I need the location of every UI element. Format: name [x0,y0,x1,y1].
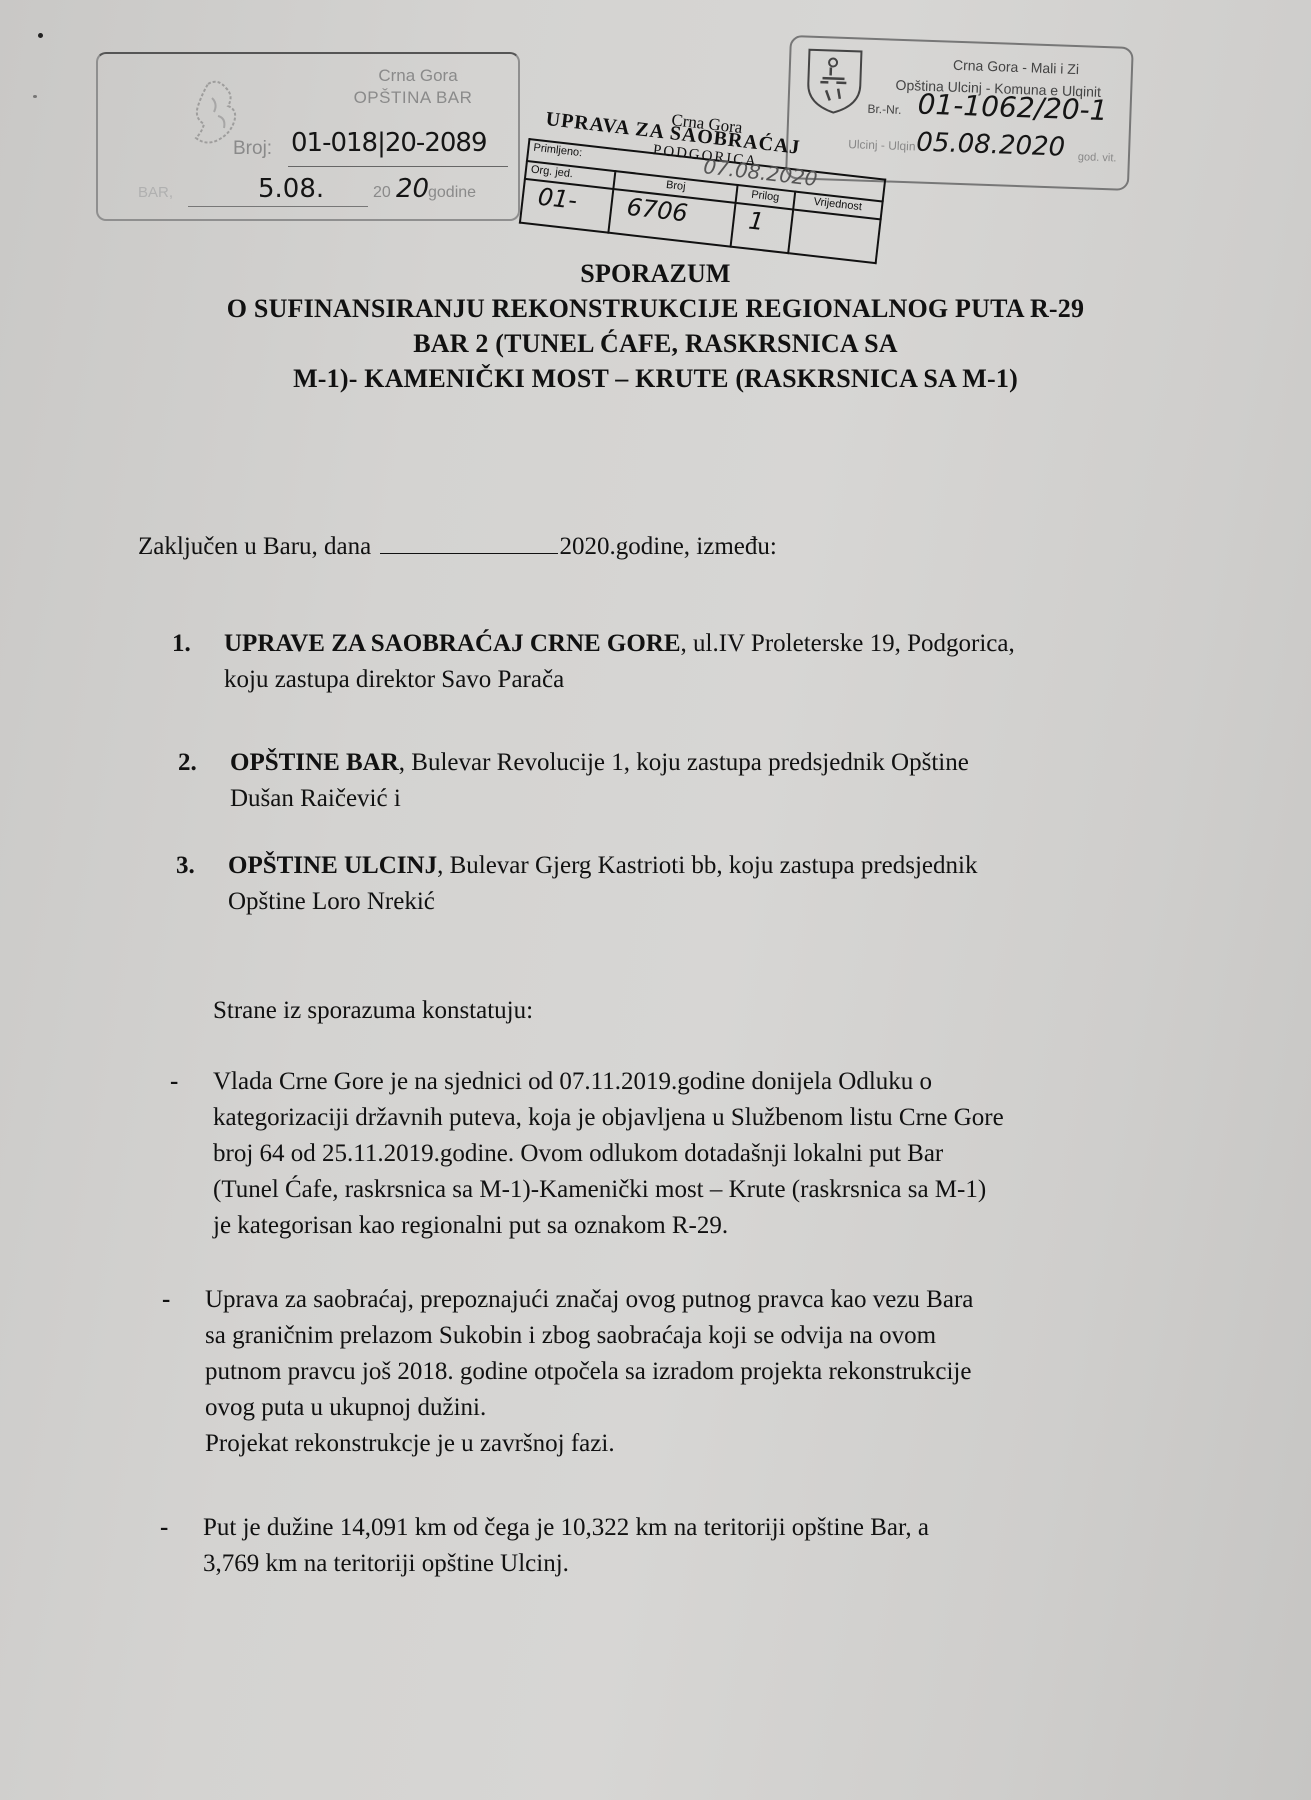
party-name: UPRAVE ZA SAOBRAĆAJ CRNE GORE [224,630,681,657]
stamp-number-label: Br.-Nr. [867,102,901,117]
bullet-dash: - [162,1282,170,1318]
concluded-prefix: Zaključen u Baru, dana [138,533,371,560]
party-item: 3. OPŠTINE ULCINJ, Bulevar Gjerg Kastrio… [176,848,1216,920]
party-representative: Dušan Raičević i [230,781,1218,817]
bullet-dash: - [170,1064,178,1100]
stamp-year-suffix: god. vit. [1078,151,1117,164]
bullet-line: Vlada Crne Gore je na sjednici od 07.11.… [213,1064,1210,1100]
bullet-line: putnom pravcu još 2018. godine otpočela … [205,1354,1202,1390]
party-address: , ul.IV Proleterske 19, Podgorica, [681,630,1015,657]
shield-emblem-icon [803,46,865,118]
stamp-number-label: Broj: [233,138,272,160]
bullet-line: ovog puta u ukupnoj dužini. [205,1390,1202,1426]
val-prilog: 1 [731,203,793,253]
party-item: 1. UPRAVE ZA SAOBRAĆAJ CRNE GORE, ul.IV … [172,626,1212,698]
party-number: 3. [176,848,195,884]
party-representative: Opštine Loro Nrekić [228,884,1216,920]
party-name: OPŠTINE BAR [230,749,399,776]
statement-intro: Strane iz sporazuma konstatuju: [213,993,533,1029]
bullet-line: je kategorisan kao regionalni put sa ozn… [213,1208,1210,1244]
date-blank-field [380,527,558,554]
stamp-opstina-bar: Crna Gora OPŠTINA BAR Broj: 01-018|20-20… [96,52,520,221]
bullet-line: kategorizaciji državnih puteva, koja je … [213,1100,1210,1136]
stamp-number-value: 01-1062/20-1 [917,88,1108,128]
stamp-country: Crna Gora - Mali i Zi [911,55,1121,78]
bullet-line: sa graničnim prelazom Sukobin i zbog sao… [205,1318,1202,1354]
stamp-place-label: BAR, [138,184,173,201]
party-number: 2. [178,745,197,781]
bullet-line: Put je dužine 14,091 km od čega je 10,32… [203,1510,1200,1546]
party-address: , Bulevar Revolucije 1, koju zastupa pre… [399,749,969,776]
document-title: SPORAZUM O SUFINANSIRANJU REKONSTRUKCIJE… [0,256,1311,396]
val-org-jed: 01- [520,179,614,233]
bullet-item: - Put je dužine 14,091 km od čega je 10,… [160,1510,1200,1582]
party-representative: koju zastupa direktor Savo Parača [224,662,1212,698]
title-line: SPORAZUM [0,256,1311,291]
bullet-line: broj 64 od 25.11.2019.godine. Ovom odluk… [213,1136,1210,1172]
bullet-line: Projekat rekonstrukcje je u završnoj faz… [205,1426,1202,1462]
party-address: , Bulevar Gjerg Kastrioti bb, koju zastu… [437,852,977,879]
title-line: O SUFINANSIRANJU REKONSTRUKCIJE REGIONAL… [0,291,1311,326]
party-name: OPŠTINE ULCINJ [228,852,437,879]
paper-speck [33,95,37,98]
stamp-year-suffix: godine [428,184,476,202]
concluded-suffix: 2020.godine, između: [560,533,777,560]
party-number: 1. [172,626,191,662]
stamp-number-underline [288,166,508,167]
bullet-item: - Vlada Crne Gore je na sjednici od 07.1… [170,1064,1210,1244]
stamp-number-value: 01-018|20-2089 [291,128,487,158]
stamp-date-underline [188,206,368,207]
stamp-year-value: 20 [396,174,429,204]
stamp-country: Crna Gora [328,66,508,86]
bullet-line: 3,769 km na teritoriji opštine Ulcinj. [203,1546,1200,1582]
bullet-line: (Tunel Ćafe, raskrsnica sa M-1)-Kameničk… [213,1172,1210,1208]
stamp-year-prefix: 20 [373,184,391,202]
stamp-date-value: 5.08. [258,174,324,204]
bullet-dash: - [160,1510,168,1546]
bullet-line: Uprava za saobraćaj, prepoznajući značaj… [205,1282,1202,1318]
stamp-register-table: Primljeno: 07.08.2020 Org. jed. Broj Pri… [519,138,886,264]
stamp-municipality: OPŠTINA BAR [308,88,518,108]
bullet-item: - Uprava za saobraćaj, prepoznajući znač… [162,1282,1202,1462]
title-line: BAR 2 (TUNEL ĆAFE, RASKRSNICA SA [0,326,1311,361]
paper-speck [38,33,43,38]
received-label: Primljeno: [533,142,583,159]
title-line: M-1)- KAMENIČKI MOST – KRUTE (RASKRSNICA… [0,361,1311,396]
stamp-date-value: 05.08.2020 [916,127,1066,162]
party-item: 2. OPŠTINE BAR, Bulevar Revolucije 1, ko… [178,745,1218,817]
concluded-line: Zaključen u Baru, dana 2020.godine, izme… [138,527,777,565]
